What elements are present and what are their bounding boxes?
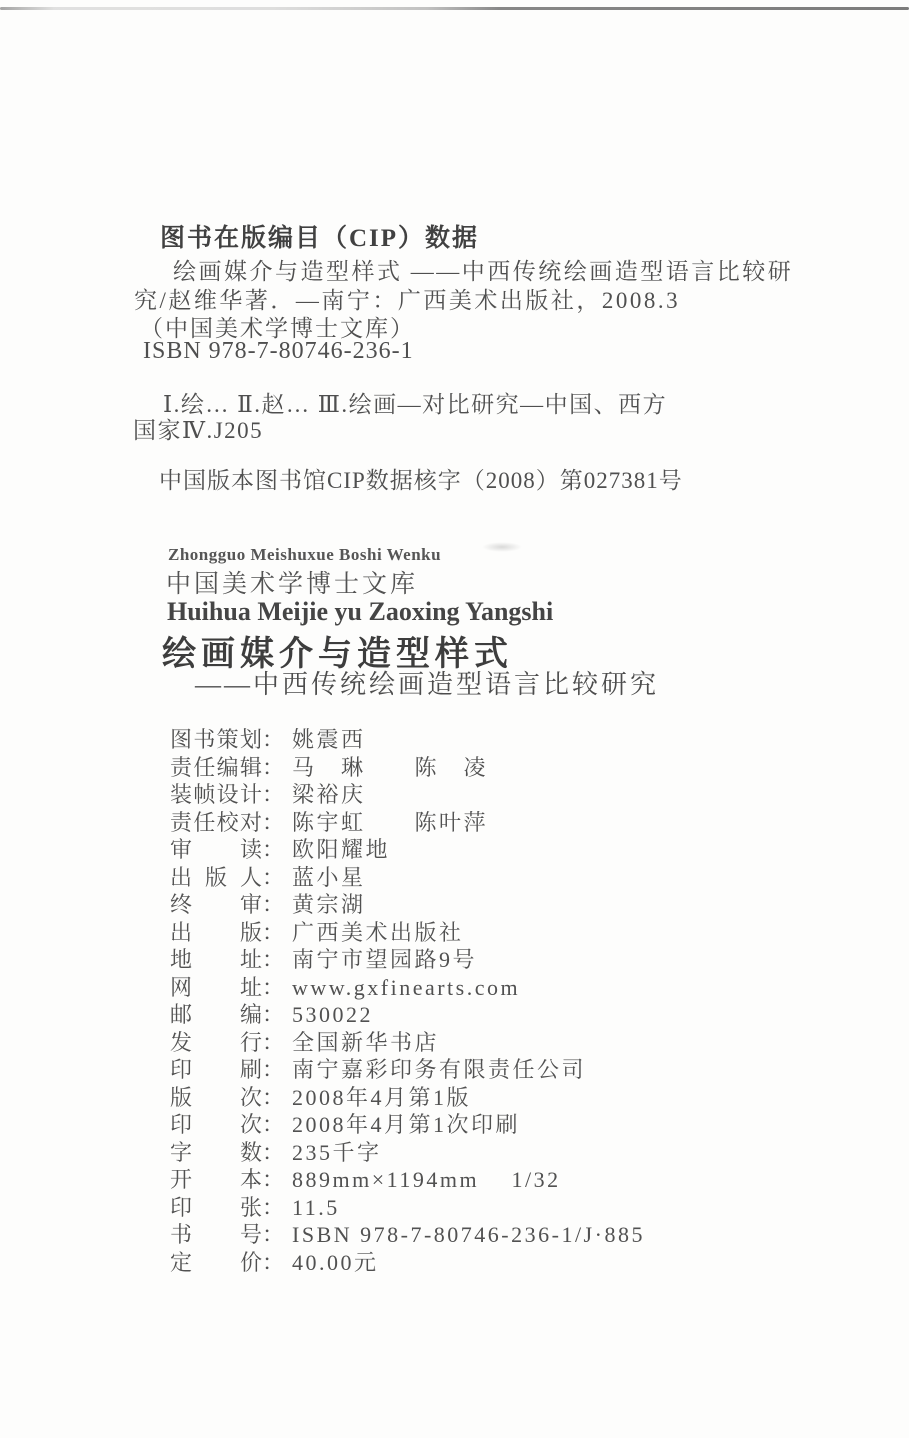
colophon-row: 出版：广西美术出版社 xyxy=(170,919,645,947)
colophon-row: 图书策划：姚震西 xyxy=(170,726,645,754)
colophon-row: 网址：www.gxfinearts.com xyxy=(170,974,645,1002)
scan-smudge xyxy=(482,542,522,552)
colophon-label: 出版人 xyxy=(170,864,262,892)
colophon-row: 装帧设计：梁裕庆 xyxy=(170,781,645,809)
colophon-colon: ： xyxy=(262,1029,284,1057)
cip-header: 图书在版编目（CIP）数据 xyxy=(160,218,479,254)
colophon-label: 图书策划 xyxy=(170,726,262,754)
colophon-value: 南宁市望园路9号 xyxy=(292,947,477,972)
colophon-label: 审读 xyxy=(170,836,262,864)
cip-registry-number: 中国版本图书馆CIP数据核字（2008）第027381号 xyxy=(159,462,683,495)
scan-artifact-line xyxy=(0,7,909,10)
colophon-label: 书号 xyxy=(170,1221,262,1249)
colophon-label: 责任编辑 xyxy=(170,754,262,782)
colophon-label: 版次 xyxy=(170,1084,262,1112)
colophon-row: 印刷：南宁嘉彩印务有限责任公司 xyxy=(170,1056,645,1084)
colophon-row: 发行：全国新华书店 xyxy=(170,1029,645,1057)
colophon-value: 235千字 xyxy=(292,1140,382,1165)
colophon-value: 梁裕庆 xyxy=(292,782,366,807)
colophon-row: 终审：黄宗湖 xyxy=(170,891,645,919)
colophon-colon: ： xyxy=(262,974,284,1002)
colophon-label: 发行 xyxy=(170,1029,262,1057)
colophon-label: 开本 xyxy=(170,1166,262,1194)
colophon-row: 开本：889mm×1194mm 1/32 xyxy=(170,1166,645,1194)
colophon-value: 889mm×1194mm 1/32 xyxy=(292,1167,561,1192)
cip-isbn: ISBN 978-7-80746-236-1 xyxy=(143,338,414,365)
colophon-row: 定价：40.00元 xyxy=(170,1249,645,1277)
colophon-label: 责任校对 xyxy=(170,809,262,837)
colophon-colon: ： xyxy=(262,1111,284,1139)
colophon-value: 马 琳 陈 凌 xyxy=(292,755,488,780)
colophon-colon: ： xyxy=(262,781,284,809)
colophon-colon: ： xyxy=(262,754,284,782)
colophon-colon: ： xyxy=(262,1056,284,1084)
colophon-colon: ： xyxy=(262,1084,284,1112)
colophon-row: 印张：11.5 xyxy=(170,1194,645,1222)
colophon-label: 终审 xyxy=(170,891,262,919)
colophon-label: 印张 xyxy=(170,1194,262,1222)
colophon-colon: ： xyxy=(262,919,284,947)
title-pinyin: Huihua Meijie yu Zaoxing Yangshi xyxy=(167,597,553,627)
colophon-colon: ： xyxy=(262,1166,284,1194)
colophon-value: 530022 xyxy=(292,1002,373,1027)
cip-classification-line-2: 国家Ⅳ.J205 xyxy=(133,412,263,445)
colophon-label: 出版 xyxy=(170,919,262,947)
colophon-colon: ： xyxy=(262,1249,284,1277)
colophon-colon: ： xyxy=(262,836,284,864)
colophon-colon: ： xyxy=(262,946,284,974)
colophon-label: 印次 xyxy=(170,1111,262,1139)
colophon-value: ISBN 978-7-80746-236-1/J·885 xyxy=(292,1222,645,1247)
colophon-row: 印次：2008年4月第1次印刷 xyxy=(170,1111,645,1139)
colophon-label: 网址 xyxy=(170,974,262,1002)
colophon-row: 出版人：蓝小星 xyxy=(170,864,645,892)
colophon-row: 字数：235千字 xyxy=(170,1139,645,1167)
colophon-row: 责任编辑：马 琳 陈 凌 xyxy=(170,754,645,782)
series-pinyin: Zhongguo Meishuxue Boshi Wenku xyxy=(168,545,441,565)
colophon-value: 欧阳耀地 xyxy=(292,837,390,862)
colophon-value: 2008年4月第1版 xyxy=(292,1085,471,1110)
colophon-row: 邮编：530022 xyxy=(170,1001,645,1029)
colophon-row: 审读：欧阳耀地 xyxy=(170,836,645,864)
colophon-value: 2008年4月第1次印刷 xyxy=(292,1112,520,1137)
colophon-value: www.gxfinearts.com xyxy=(292,975,520,1000)
colophon-colon: ： xyxy=(262,1139,284,1167)
colophon-row: 版次：2008年4月第1版 xyxy=(170,1084,645,1112)
colophon-label: 字数 xyxy=(170,1139,262,1167)
colophon-label: 定价 xyxy=(170,1249,262,1277)
colophon-list: 图书策划：姚震西 责任编辑：马 琳 陈 凌 装帧设计：梁裕庆 责任校对：陈宇虹 … xyxy=(170,726,645,1276)
colophon-colon: ： xyxy=(262,864,284,892)
colophon-label: 装帧设计 xyxy=(170,781,262,809)
colophon-row: 书号：ISBN 978-7-80746-236-1/J·885 xyxy=(170,1221,645,1249)
series-name: 中国美术学博士文库 xyxy=(166,564,418,600)
colophon-colon: ： xyxy=(262,1001,284,1029)
colophon-value: 南宁嘉彩印务有限责任公司 xyxy=(292,1057,586,1082)
colophon-value: 陈宇虹 陈叶萍 xyxy=(292,810,488,835)
colophon-colon: ： xyxy=(262,1221,284,1249)
colophon-colon: ： xyxy=(262,1194,284,1222)
book-subtitle: ——中西传统绘画造型语言比较研究 xyxy=(195,664,659,701)
colophon-value: 广西美术出版社 xyxy=(292,920,464,945)
colophon-value: 全国新华书店 xyxy=(292,1030,439,1055)
colophon-value: 40.00元 xyxy=(292,1250,379,1275)
colophon-value: 蓝小星 xyxy=(292,865,366,890)
colophon-colon: ： xyxy=(262,726,284,754)
book-copyright-page: 图书在版编目（CIP）数据 绘画媒介与造型样式 ——中西传统绘画造型语言比较研 … xyxy=(0,0,909,1438)
colophon-label: 邮编 xyxy=(170,1001,262,1029)
colophon-value: 姚震西 xyxy=(292,727,366,752)
colophon-row: 责任校对：陈宇虹 陈叶萍 xyxy=(170,809,645,837)
colophon-label: 地址 xyxy=(170,946,262,974)
colophon-label: 印刷 xyxy=(170,1056,262,1084)
colophon-colon: ： xyxy=(262,891,284,919)
colophon-row: 地址：南宁市望园路9号 xyxy=(170,946,645,974)
colophon-value: 黄宗湖 xyxy=(292,892,366,917)
colophon-colon: ： xyxy=(262,809,284,837)
colophon-value: 11.5 xyxy=(292,1195,340,1220)
